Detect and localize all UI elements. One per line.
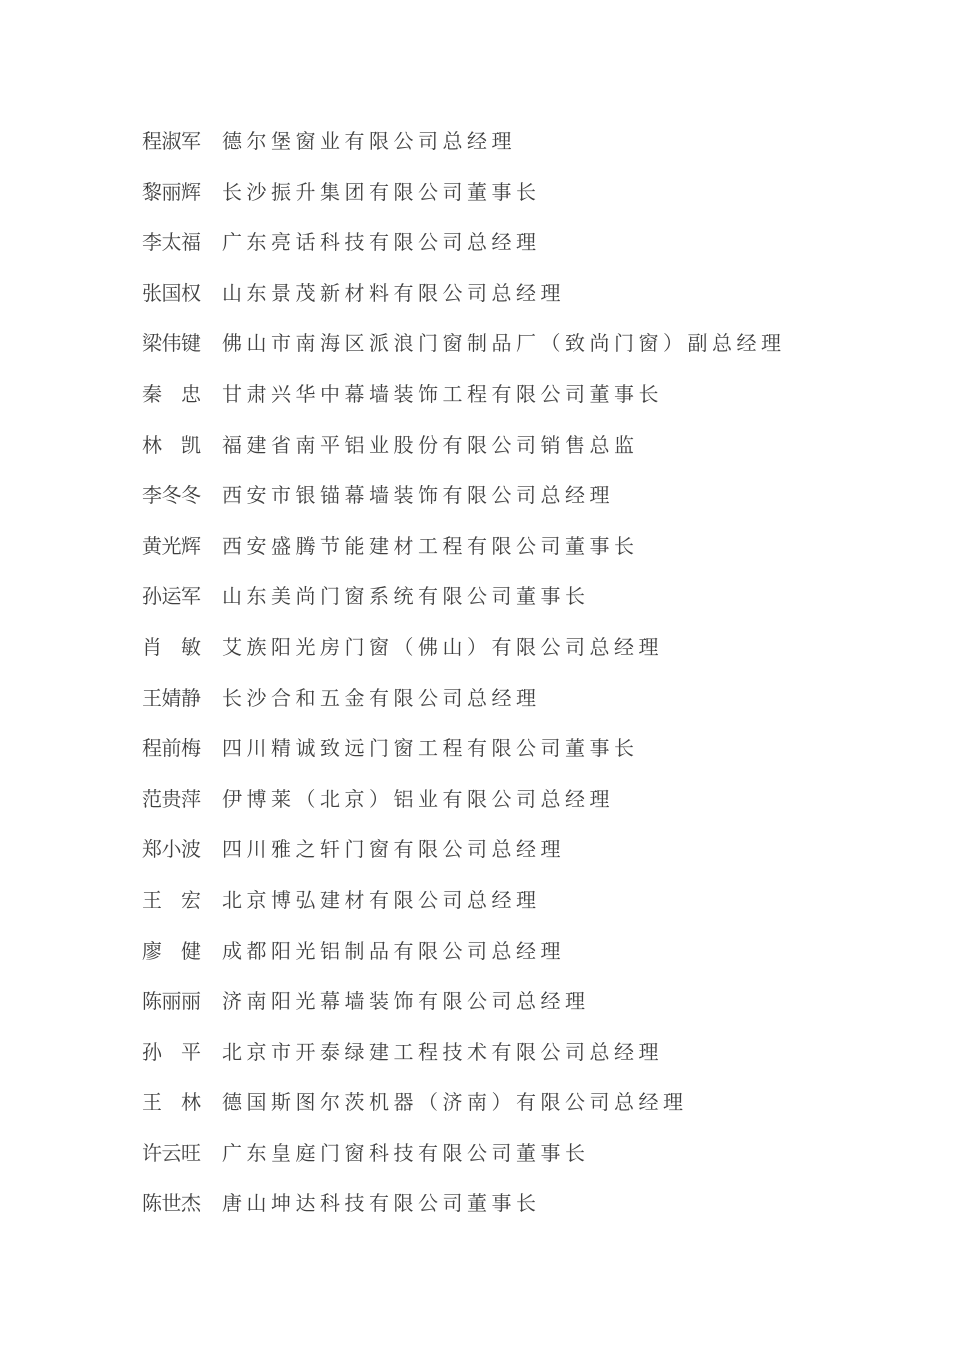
person-name: 黄光辉	[142, 534, 202, 561]
person-name: 肖 敏	[142, 635, 202, 662]
person-name: 秦 忠	[142, 382, 202, 409]
person-title: 佛山市南海区派浪门窗制品厂（致尚门窗）副总经理	[222, 331, 786, 358]
person-name: 程前梅	[142, 736, 202, 763]
person-name: 王 宏	[142, 888, 202, 915]
person-title: 济南阳光幕墙装饰有限公司总经理	[222, 989, 590, 1016]
roster-row: 李冬冬 西安市银锚幕墙装饰有限公司总经理	[142, 483, 900, 510]
roster-list: 程淑军 德尔堡窗业有限公司总经理 黎丽辉 长沙振升集团有限公司董事长 李太福 广…	[142, 129, 900, 1242]
person-title: 德尔堡窗业有限公司总经理	[222, 129, 516, 156]
person-name: 黎丽辉	[142, 180, 202, 207]
person-title: 北京市开泰绿建工程技术有限公司总经理	[222, 1040, 663, 1067]
person-name: 林 凯	[142, 433, 202, 460]
person-name: 郑小波	[142, 837, 202, 864]
roster-row: 许云旺 广东皇庭门窗科技有限公司董事长	[142, 1141, 900, 1168]
person-name: 陈世杰	[142, 1191, 202, 1218]
person-title: 广东皇庭门窗科技有限公司董事长	[222, 1141, 590, 1168]
roster-row: 王 宏 北京博弘建材有限公司总经理	[142, 888, 900, 915]
roster-row: 廖 健 成都阳光铝制品有限公司总经理	[142, 939, 900, 966]
person-title: 广东亮话科技有限公司总经理	[222, 230, 541, 257]
person-title: 伊博莱（北京）铝业有限公司总经理	[222, 787, 614, 814]
person-title: 长沙振升集团有限公司董事长	[222, 180, 541, 207]
roster-row: 郑小波 四川雅之轩门窗有限公司总经理	[142, 837, 900, 864]
roster-row: 孙运军 山东美尚门窗系统有限公司董事长	[142, 584, 900, 611]
person-name: 李冬冬	[142, 483, 202, 510]
person-name: 张国权	[142, 281, 202, 308]
person-title: 甘肃兴华中幕墙装饰工程有限公司董事长	[222, 382, 663, 409]
person-title: 德国斯图尔茨机器（济南）有限公司总经理	[222, 1090, 688, 1117]
person-title: 长沙合和五金有限公司总经理	[222, 686, 541, 713]
roster-row: 秦 忠 甘肃兴华中幕墙装饰工程有限公司董事长	[142, 382, 900, 409]
roster-row: 程前梅 四川精诚致远门窗工程有限公司董事长	[142, 736, 900, 763]
person-name: 廖 健	[142, 939, 202, 966]
person-title: 西安盛腾节能建材工程有限公司董事长	[222, 534, 639, 561]
roster-row: 黄光辉 西安盛腾节能建材工程有限公司董事长	[142, 534, 900, 561]
roster-row: 陈世杰 唐山坤达科技有限公司董事长	[142, 1191, 900, 1218]
roster-row: 张国权 山东景茂新材料有限公司总经理	[142, 281, 900, 308]
roster-row: 林 凯 福建省南平铝业股份有限公司销售总监	[142, 433, 900, 460]
person-name: 范贵萍	[142, 787, 202, 814]
person-title: 唐山坤达科技有限公司董事长	[222, 1191, 541, 1218]
person-name: 孙运军	[142, 584, 202, 611]
person-title: 成都阳光铝制品有限公司总经理	[222, 939, 565, 966]
roster-row: 程淑军 德尔堡窗业有限公司总经理	[142, 129, 900, 156]
person-name: 陈丽丽	[142, 989, 202, 1016]
roster-row: 李太福 广东亮话科技有限公司总经理	[142, 230, 900, 257]
roster-row: 肖 敏 艾族阳光房门窗（佛山）有限公司总经理	[142, 635, 900, 662]
roster-row: 梁伟键 佛山市南海区派浪门窗制品厂（致尚门窗）副总经理	[142, 331, 900, 358]
person-title: 艾族阳光房门窗（佛山）有限公司总经理	[222, 635, 663, 662]
person-title: 西安市银锚幕墙装饰有限公司总经理	[222, 483, 614, 510]
person-title: 四川精诚致远门窗工程有限公司董事长	[222, 736, 639, 763]
person-title: 北京博弘建材有限公司总经理	[222, 888, 541, 915]
roster-row: 王婧静 长沙合和五金有限公司总经理	[142, 686, 900, 713]
roster-row: 黎丽辉 长沙振升集团有限公司董事长	[142, 180, 900, 207]
person-title: 四川雅之轩门窗有限公司总经理	[222, 837, 565, 864]
person-name: 王婧静	[142, 686, 202, 713]
roster-row: 陈丽丽 济南阳光幕墙装饰有限公司总经理	[142, 989, 900, 1016]
person-name: 王 林	[142, 1090, 202, 1117]
person-title: 山东美尚门窗系统有限公司董事长	[222, 584, 590, 611]
person-title: 山东景茂新材料有限公司总经理	[222, 281, 565, 308]
person-name: 许云旺	[142, 1141, 202, 1168]
person-name: 孙 平	[142, 1040, 202, 1067]
person-name: 梁伟键	[142, 331, 202, 358]
roster-row: 范贵萍 伊博莱（北京）铝业有限公司总经理	[142, 787, 900, 814]
roster-row: 孙 平 北京市开泰绿建工程技术有限公司总经理	[142, 1040, 900, 1067]
roster-row: 王 林 德国斯图尔茨机器（济南）有限公司总经理	[142, 1090, 900, 1117]
document-page: 程淑军 德尔堡窗业有限公司总经理 黎丽辉 长沙振升集团有限公司董事长 李太福 广…	[0, 0, 960, 1357]
person-name: 程淑军	[142, 129, 202, 156]
person-name: 李太福	[142, 230, 202, 257]
person-title: 福建省南平铝业股份有限公司销售总监	[222, 433, 639, 460]
